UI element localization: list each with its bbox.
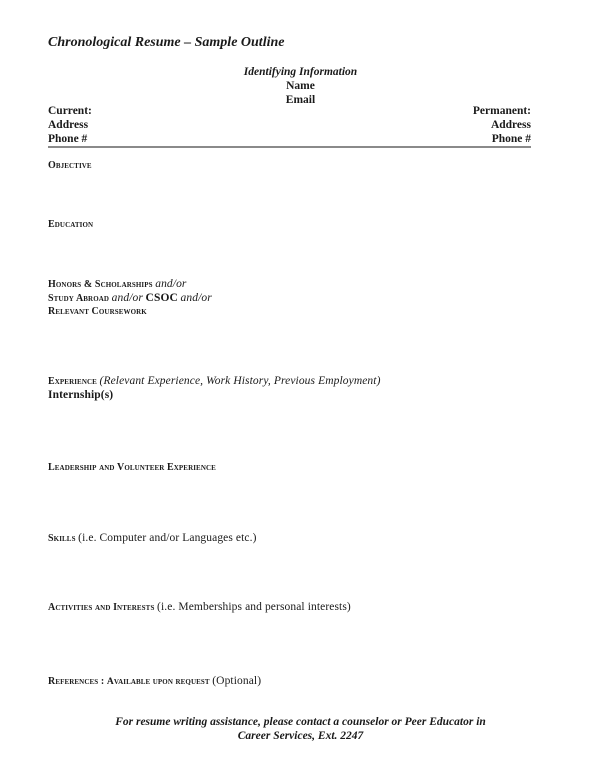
study-abroad-andor: and/or [112, 292, 143, 304]
references-value: Available upon request [107, 677, 210, 687]
experience-note: (Relevant Experience, Work History, Prev… [100, 375, 381, 387]
permanent-label: Permanent: [473, 104, 531, 118]
objective-heading: Objective [48, 160, 92, 171]
name-placeholder: Name [0, 80, 601, 92]
current-address: Address [48, 118, 92, 132]
section-honors: Honors & Scholarships and/or Study Abroa… [48, 278, 212, 319]
study-abroad-heading: Study Abroad [48, 293, 109, 304]
coursework-heading: Relevant Coursework [48, 306, 147, 317]
honors-heading: Honors & Scholarships [48, 279, 153, 290]
education-heading: Education [48, 219, 93, 230]
current-label: Current: [48, 104, 92, 118]
identifying-information-heading: Identifying Information [0, 66, 601, 78]
leadership-heading: Leadership and Volunteer Experience [48, 462, 216, 473]
permanent-contact-block: Permanent: Address Phone # [473, 104, 531, 146]
section-education: Education [48, 218, 93, 232]
document-title: Chronological Resume – Sample Outline [48, 35, 284, 51]
footer-line-1: For resume writing assistance, please co… [0, 715, 601, 729]
csoc-heading: CSOC [146, 292, 178, 304]
honors-andor: and/or [155, 278, 186, 290]
footer-note: For resume writing assistance, please co… [0, 715, 601, 743]
internships-subheading: Internship(s) [48, 389, 113, 401]
current-contact-block: Current: Address Phone # [48, 104, 92, 146]
references-note: (Optional) [212, 675, 261, 687]
permanent-address: Address [473, 118, 531, 132]
activities-note: (i.e. Memberships and personal interests… [157, 601, 351, 613]
header-divider [48, 146, 531, 148]
activities-heading: Activities and Interests [48, 602, 154, 613]
section-skills: Skills (i.e. Computer and/or Languages e… [48, 532, 257, 546]
footer-line-2: Career Services, Ext. 2247 [0, 729, 601, 743]
section-leadership: Leadership and Volunteer Experience [48, 461, 216, 475]
section-experience: Experience (Relevant Experience, Work Hi… [48, 375, 381, 402]
references-heading: References : [48, 676, 104, 687]
experience-heading: Experience [48, 376, 97, 387]
section-activities: Activities and Interests (i.e. Membershi… [48, 601, 351, 615]
permanent-phone: Phone # [473, 132, 531, 146]
section-references: References : Available upon request (Opt… [48, 675, 261, 690]
csoc-andor: and/or [181, 292, 212, 304]
skills-heading: Skills [48, 533, 76, 544]
skills-note: (i.e. Computer and/or Languages etc.) [78, 532, 256, 544]
section-objective: Objective [48, 159, 92, 173]
current-phone: Phone # [48, 132, 92, 146]
